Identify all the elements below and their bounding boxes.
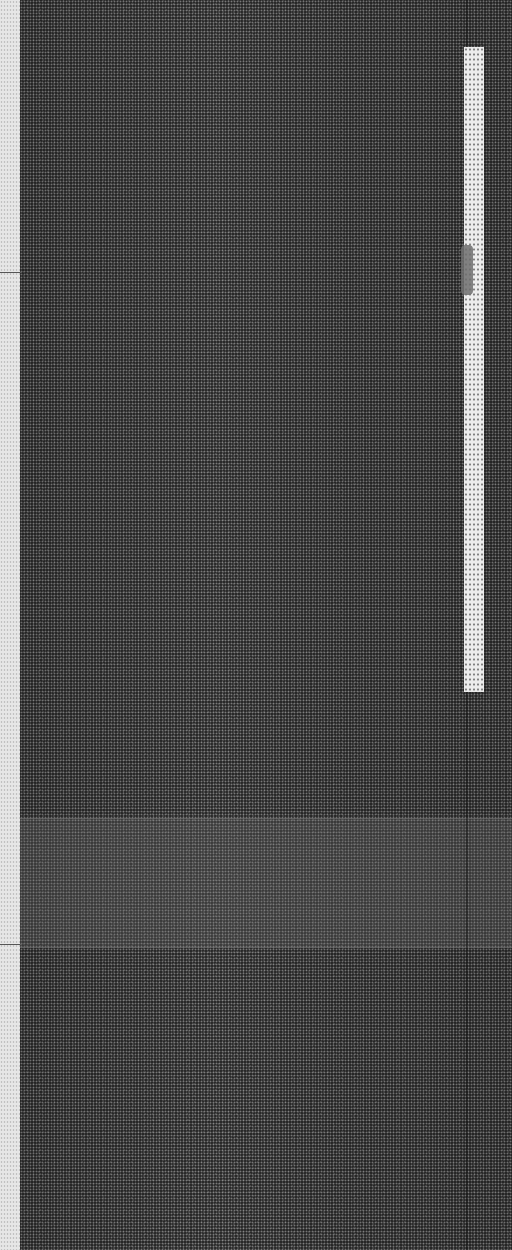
curb-strip	[0, 0, 20, 1250]
curb-crack	[0, 272, 22, 273]
curb-crack	[0, 944, 22, 945]
lane-marking-line	[464, 47, 484, 692]
pavement-shading	[20, 0, 512, 1250]
patched-band	[20, 818, 512, 948]
road-surface-photo	[0, 0, 512, 1250]
marking-stain	[461, 245, 473, 295]
